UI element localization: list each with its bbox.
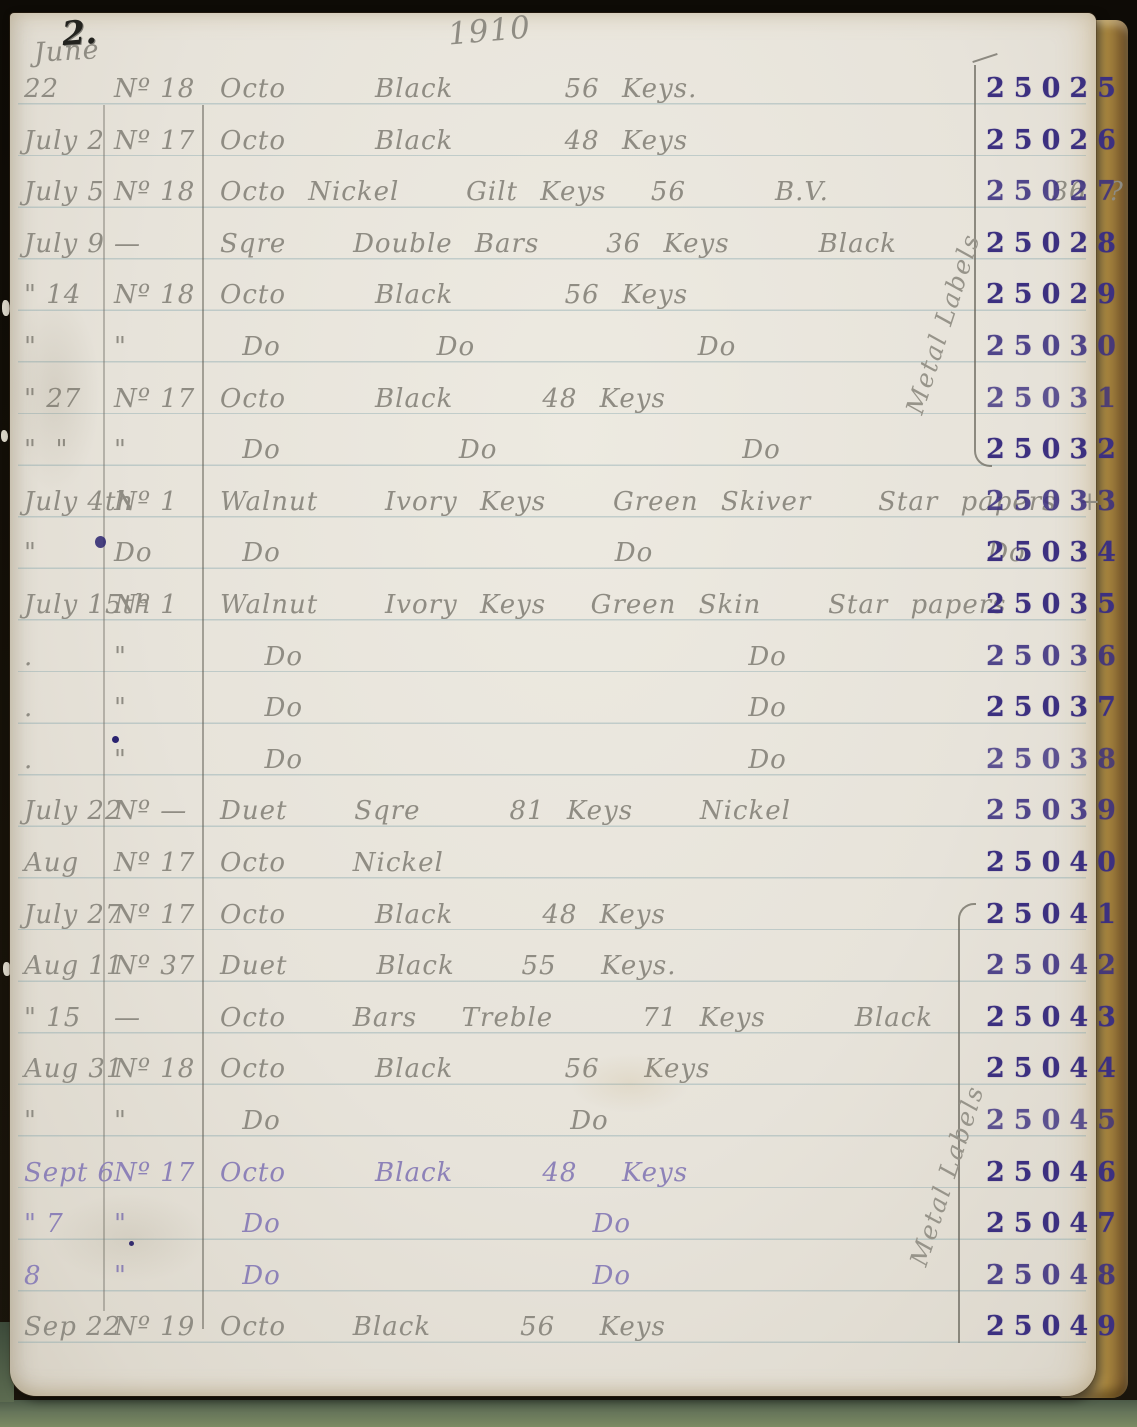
entry-serial-number: 25032 (986, 428, 1136, 472)
entry-model-number: — (114, 996, 214, 1040)
spine-paper-speck (2, 300, 10, 316)
entry-serial-number: 25028 (986, 222, 1136, 266)
entry-model-number: Nº 19 (114, 1305, 214, 1349)
entry-serial-number: 25046 (986, 1151, 1136, 1195)
entry-serial-number: 25037 (986, 686, 1136, 730)
spine-paper-speck (1, 430, 8, 442)
entry-model-number: Nº 18 (114, 1047, 214, 1091)
entry-serial-number: 25041 (986, 893, 1136, 937)
entry-model-number: Nº 18 (114, 273, 214, 317)
entry-description: Do Do (220, 738, 980, 782)
entry-description: Octo Black 56 Keys (220, 1305, 980, 1349)
ledger-row: 8 " Do Do 25048 (10, 1250, 1096, 1302)
ledger-row: July 5 Nº 18 Octo Nickel Gilt Keys 56 B.… (10, 166, 1096, 218)
entry-serial-number: 25036 (986, 635, 1136, 679)
entry-description: Octo Nickel (220, 841, 980, 885)
entry-description: Do Do Do (220, 325, 980, 369)
entry-description: Do Do (220, 686, 980, 730)
ledger-row: " " Do Do 25045 (10, 1095, 1096, 1147)
entry-serial-number: 25039 (986, 789, 1136, 833)
entry-description: Octo Black 56 Keys (220, 273, 980, 317)
entry-description: Octo Black 48 Keys (220, 893, 980, 937)
ink-blot (129, 1241, 134, 1246)
entry-serial-number: 25042 (986, 944, 1136, 988)
ledger-row: Aug 11 Nº 37 Duet Black 55 Keys. 25042 (10, 940, 1096, 992)
entry-description: Duet Sqre 81 Keys Nickel (220, 789, 980, 833)
entry-description: Octo Nickel Gilt Keys 56 B.V. 36 ? (220, 170, 980, 214)
entry-model-number: Nº 1 (114, 480, 214, 524)
entry-serial-number: 25029 (986, 273, 1136, 317)
ink-blot (112, 736, 119, 743)
ledger-row: . " Do Do 25036 (10, 631, 1096, 683)
entry-serial-number: 25033 (986, 480, 1136, 524)
entry-description: Do Do Do (220, 531, 980, 575)
year-heading: 1910 (447, 9, 533, 52)
entry-serial-number: 25040 (986, 841, 1136, 885)
entry-model-number: " (114, 1099, 214, 1143)
entry-model-number: Nº 37 (114, 944, 214, 988)
entry-description: Octo Bars Treble 71 Keys Black (220, 996, 980, 1040)
ledger-row: " " " Do Do Do 25032 (10, 424, 1096, 476)
entry-model-number: Nº 17 (114, 377, 214, 421)
entry-model-number: " (114, 686, 214, 730)
entry-serial-number: 25027 (986, 170, 1136, 214)
entry-serial-number: 25047 (986, 1202, 1136, 1246)
entry-description: Octo Black 56 Keys (220, 1047, 980, 1091)
entry-description: Walnut Ivory Keys Green Skiver Star pape… (220, 480, 980, 524)
entry-description: Do Do (220, 1099, 980, 1143)
entry-model-number: " (114, 738, 214, 782)
entry-serial-number: 25030 (986, 325, 1136, 369)
ledger-row: 22 Nº 18 Octo Black 56 Keys. 25025 (10, 63, 1096, 115)
entry-description: Sqre Double Bars 36 Keys Black (220, 222, 980, 266)
ledger-row: " 27 Nº 17 Octo Black 48 Keys 25031 (10, 373, 1096, 425)
entry-serial-number: 25044 (986, 1047, 1136, 1091)
entry-description: Do Do (220, 1254, 980, 1298)
entry-model-number: Nº 18 (114, 170, 214, 214)
entry-model-number: " (114, 1254, 214, 1298)
entry-description: Octo Black 48 Keys (220, 1151, 980, 1195)
entry-model-number: " (114, 1202, 214, 1246)
entry-description: Octo Black 56 Keys. (220, 67, 980, 111)
ledger-row: " " Do Do Do 25030 (10, 321, 1096, 373)
entry-description: Octo Black 48 Keys (220, 377, 980, 421)
entry-model-number: " (114, 428, 214, 472)
entry-model-number: Nº 17 (114, 1151, 214, 1195)
ledger-row: July 27 Nº 17 Octo Black 48 Keys 25041 (10, 889, 1096, 941)
ledger-row: . " Do Do 25037 (10, 682, 1096, 734)
entry-description: Do Do Do (220, 428, 980, 472)
entry-description: Walnut Ivory Keys Green Skin Star papers (220, 583, 980, 627)
ledger-row: July 15th Nº 1 Walnut Ivory Keys Green S… (10, 579, 1096, 631)
ledger-row: " Do Do Do Do 25034 (10, 527, 1096, 579)
entry-serial-number: 25026 (986, 119, 1136, 163)
entry-model-number: " (114, 635, 214, 679)
entry-description: Do Do (220, 635, 980, 679)
ledger-row: Aug 31 Nº 18 Octo Black 56 Keys 25044 (10, 1043, 1096, 1095)
ledger-row: July 22 Nº — Duet Sqre 81 Keys Nickel 25… (10, 785, 1096, 837)
ledger-row: July 2 Nº 17 Octo Black 48 Keys 25026 (10, 115, 1096, 167)
entry-model-number: Nº — (114, 789, 214, 833)
entry-description: Duet Black 55 Keys. (220, 944, 980, 988)
entry-serial-number: 25049 (986, 1305, 1136, 1349)
entry-model-number: Nº 17 (114, 841, 214, 885)
ledger-row: July 4th Nº 1 Walnut Ivory Keys Green Sk… (10, 476, 1096, 528)
ledger-row: Sep 22 Nº 19 Octo Black 56 Keys 25049 (10, 1301, 1096, 1353)
entry-serial-number: 25045 (986, 1099, 1136, 1143)
entry-model-number: Nº 17 (114, 893, 214, 937)
entry-model-number: Nº 17 (114, 119, 214, 163)
entry-serial-number: 25034 (986, 531, 1136, 575)
entry-serial-number: 25031 (986, 377, 1136, 421)
book-cover-bottom-edge (0, 1400, 1137, 1427)
entry-serial-number: 25035 (986, 583, 1136, 627)
entry-model-number: — (114, 222, 214, 266)
ledger-row: Aug Nº 17 Octo Nickel 25040 (10, 837, 1096, 889)
entry-model-number: Nº 18 (114, 67, 214, 111)
entry-description: Do Do (220, 1202, 980, 1246)
entry-serial-number: 25025 (986, 67, 1136, 111)
ledger-row: Sept 6 Nº 17 Octo Black 48 Keys 25046 (10, 1147, 1096, 1199)
entry-model-number: " (114, 325, 214, 369)
ledger-row: " 15 — Octo Bars Treble 71 Keys Black 25… (10, 992, 1096, 1044)
ledger-page: 2. 1910 June Metal Labels Metal Labels 2… (10, 13, 1096, 1396)
entry-serial-number: 25043 (986, 996, 1136, 1040)
ink-blot (95, 536, 106, 548)
entry-model-number: Nº 1 (114, 583, 214, 627)
ledger-row: July 9 — Sqre Double Bars 36 Keys Black … (10, 218, 1096, 270)
entry-serial-number: 25038 (986, 738, 1136, 782)
ledger-row: . " Do Do 25038 (10, 734, 1096, 786)
entry-description: Octo Black 48 Keys (220, 119, 980, 163)
ledger-row: " 14 Nº 18 Octo Black 56 Keys 25029 (10, 269, 1096, 321)
ledger-row: " 7 " Do Do 25047 (10, 1198, 1096, 1250)
entry-serial-number: 25048 (986, 1254, 1136, 1298)
entry-model-number: Do (114, 531, 214, 575)
